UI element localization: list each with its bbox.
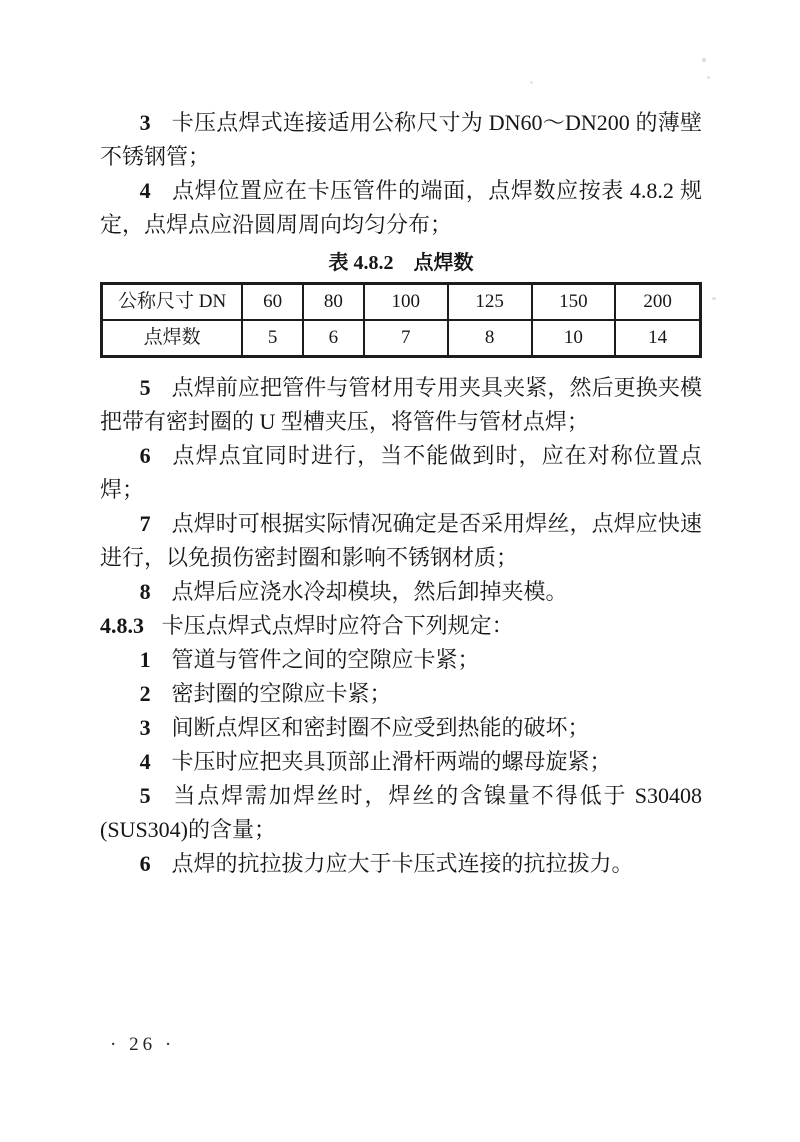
item-text: 当点焊需加焊丝时，焊丝的含镍量不得低于 S30408 (SUS304)的含量；: [100, 783, 702, 842]
item-number: 7: [140, 511, 151, 536]
scan-speck: [707, 76, 710, 79]
sub-item-4: 4卡压时应把夹具顶部止滑杆两端的螺母旋紧；: [100, 745, 702, 779]
table-header-row: 公称尺寸 DN 60 80 100 125 150 200: [102, 284, 701, 321]
section-text: 卡压点焊式点焊时应符合下列规定：: [162, 613, 514, 638]
item-number: 4: [140, 749, 151, 774]
item-text: 间断点焊区和密封圈不应受到热能的破坏；: [171, 715, 589, 740]
table-cell: 10: [532, 320, 616, 357]
sub-item-6: 6点焊的抗拉拔力应大于卡压式连接的抗拉拔力。: [100, 847, 702, 881]
clause-item-4: 4点焊位置应在卡压管件的端面，点焊数应按表 4.8.2 规定，点焊点应沿圆周周向…: [100, 174, 702, 242]
scan-speck: [702, 58, 706, 62]
scan-speck: [530, 81, 533, 84]
sub-item-3: 3间断点焊区和密封圈不应受到热能的破坏；: [100, 711, 702, 745]
item-number: 6: [140, 851, 151, 876]
item-text: 卡压点焊式连接适用公称尺寸为 DN60～DN200 的薄壁不锈钢管；: [100, 110, 702, 169]
clause-item-5: 5点焊前应把管件与管材用专用夹具夹紧，然后更换夹模把带有密封圈的 U 型槽夹压，…: [100, 371, 702, 439]
item-text: 卡压时应把夹具顶部止滑杆两端的螺母旋紧；: [171, 749, 611, 774]
table-cell: 5: [242, 320, 303, 357]
scan-speck: [197, 660, 200, 664]
scan-speck: [712, 297, 716, 300]
table-cell: 200: [615, 284, 700, 321]
table-value-row: 点焊数 5 6 7 8 10 14: [102, 320, 701, 357]
sub-item-1: 1管道与管件之间的空隙应卡紧；: [100, 643, 702, 677]
document-page: 3卡压点焊式连接适用公称尺寸为 DN60～DN200 的薄壁不锈钢管； 4点焊位…: [0, 0, 800, 1142]
table-cell: 6: [303, 320, 364, 357]
item-number: 6: [140, 443, 151, 468]
page-number: · 26 ·: [110, 1034, 175, 1056]
item-text: 点焊的抗拉拔力应大于卡压式连接的抗拉拔力。: [171, 851, 633, 876]
clause-item-7: 7点焊时可根据实际情况确定是否采用焊丝，点焊应快速进行，以免损伤密封圈和影响不锈…: [100, 507, 702, 575]
item-text: 管道与管件之间的空隙应卡紧；: [171, 647, 479, 672]
page-content: 3卡压点焊式连接适用公称尺寸为 DN60～DN200 的薄壁不锈钢管； 4点焊位…: [100, 106, 702, 881]
section-heading-4-8-3: 4.8.3卡压点焊式点焊时应符合下列规定：: [100, 609, 702, 643]
spot-weld-count-table: 公称尺寸 DN 60 80 100 125 150 200 点焊数 5 6 7 …: [100, 282, 702, 358]
item-text: 点焊点宜同时进行，当不能做到时，应在对称位置点焊；: [100, 443, 702, 502]
clause-item-8: 8点焊后应浇水冷却模块，然后卸掉夹模。: [100, 575, 702, 609]
item-number: 1: [140, 647, 151, 672]
item-number: 5: [140, 375, 151, 400]
item-text: 点焊前应把管件与管材用专用夹具夹紧，然后更换夹模把带有密封圈的 U 型槽夹压，将…: [100, 375, 702, 434]
sub-item-2: 2密封圈的空隙应卡紧；: [100, 677, 702, 711]
table-cell: 100: [364, 284, 448, 321]
table-cell: 150: [532, 284, 616, 321]
item-text: 点焊后应浇水冷却模块，然后卸掉夹模。: [171, 579, 567, 604]
item-number: 8: [140, 579, 151, 604]
table-cell: 14: [615, 320, 700, 357]
item-number: 3: [140, 110, 151, 135]
sub-item-5: 5当点焊需加焊丝时，焊丝的含镍量不得低于 S30408 (SUS304)的含量；: [100, 779, 702, 847]
table-cell: 80: [303, 284, 364, 321]
section-number: 4.8.3: [100, 613, 144, 638]
item-number: 2: [140, 681, 151, 706]
table-cell: 8: [448, 320, 532, 357]
item-text: 密封圈的空隙应卡紧；: [171, 681, 391, 706]
clause-item-3: 3卡压点焊式连接适用公称尺寸为 DN60～DN200 的薄壁不锈钢管；: [100, 106, 702, 174]
table-cell: 点焊数: [102, 320, 243, 357]
table-caption: 表 4.8.2 点焊数: [100, 248, 702, 278]
item-text: 点焊位置应在卡压管件的端面，点焊数应按表 4.8.2 规定，点焊点应沿圆周周向均…: [100, 178, 702, 237]
item-number: 3: [140, 715, 151, 740]
table-cell: 公称尺寸 DN: [102, 284, 243, 321]
item-text: 点焊时可根据实际情况确定是否采用焊丝，点焊应快速进行，以免损伤密封圈和影响不锈钢…: [100, 511, 702, 570]
item-number: 5: [140, 783, 151, 808]
table-cell: 7: [364, 320, 448, 357]
table-cell: 125: [448, 284, 532, 321]
item-number: 4: [140, 178, 151, 203]
table-cell: 60: [242, 284, 303, 321]
clause-item-6: 6点焊点宜同时进行，当不能做到时，应在对称位置点焊；: [100, 439, 702, 507]
